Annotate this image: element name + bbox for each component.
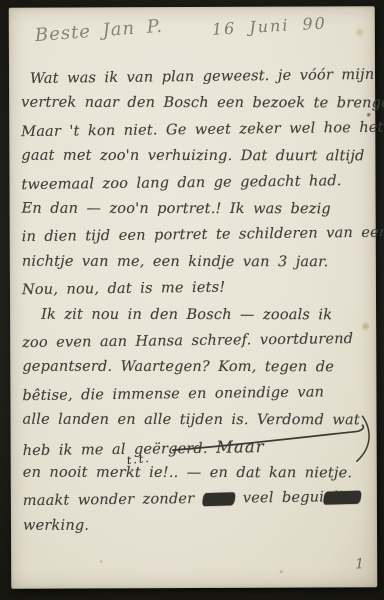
handwriting-line: Nou, nou, dat is me iets! <box>22 278 370 309</box>
handwriting-line: vertrek naar den Bosch een bezoek te bre… <box>21 95 369 122</box>
foxing-stain <box>355 26 365 38</box>
handwriting-line-insertion: en nooit merkt ie!.. — en dat kan nietje… <box>23 465 371 492</box>
line-text: veel begui <box>234 490 324 507</box>
line-text: maakt wonder zonder <box>23 491 203 509</box>
handwriting-line-strikethrough: maakt wonder zonder een, veel beguieling <box>23 489 371 520</box>
underlined-word: Maar <box>216 438 265 458</box>
foxing-stain <box>279 570 283 574</box>
letter-body: Wat was ik van plan geweest. je vóór mij… <box>21 68 371 545</box>
handwriting-line: in dien tijd een portret te schilderen v… <box>22 225 370 256</box>
line-text: en nooit merkt ie! <box>23 465 169 481</box>
handwriting-line: werking. <box>23 517 371 544</box>
handwriting-line: alle landen en alle tijden is. Verdomd w… <box>23 412 371 439</box>
handwriting-line: Wat was ik van plan geweest. je vóór mij… <box>21 67 369 98</box>
struck-out-word: een, <box>202 492 236 506</box>
handwriting-line: gaat met zoo'n verhuizing. Dat duurt alt… <box>21 148 369 175</box>
handwriting-line: bêtise, die immense en oneindige van <box>22 384 370 415</box>
handwriting-line: zoo even aan Hansa schreef. voortdurend <box>22 331 370 362</box>
handwriting-line-maar: heb ik me al geërgerd. Maar <box>23 436 371 467</box>
line-text: .. — en dat kan nietje. <box>169 465 352 481</box>
handwriting-line: Ik zit nou in den Bosch — zooals ik <box>22 306 370 333</box>
handwriting-line: Maar 't kon niet. Ge weet zeker wel hoe … <box>21 120 369 151</box>
letter-page: Beste Jan P. 16 Juni 90 Wat was ik van p… <box>9 6 378 589</box>
inserted-text-above-line: t.t. <box>126 452 151 467</box>
letter-photograph: Beste Jan P. 16 Juni 90 Wat was ik van p… <box>0 0 384 600</box>
foxing-stain <box>99 559 103 563</box>
struck-out-word: eling <box>323 491 362 505</box>
salutation: Beste Jan P. <box>34 16 163 46</box>
page-number: 1 <box>355 556 365 572</box>
handwriting-line: En dan — zoo'n portret.! Ik was bezig <box>22 201 370 228</box>
line-text: heb ik me al geërgerd. <box>23 441 217 459</box>
handwriting-line: gepantserd. Waartegen? Kom, tegen de <box>22 359 370 386</box>
handwriting-line: tweemaal zoo lang dan ge gedacht had. <box>21 172 369 203</box>
date: 16 Juni 90 <box>211 13 327 38</box>
handwriting-line: nichtje van me, een kindje van 3 jaar. <box>22 253 370 280</box>
